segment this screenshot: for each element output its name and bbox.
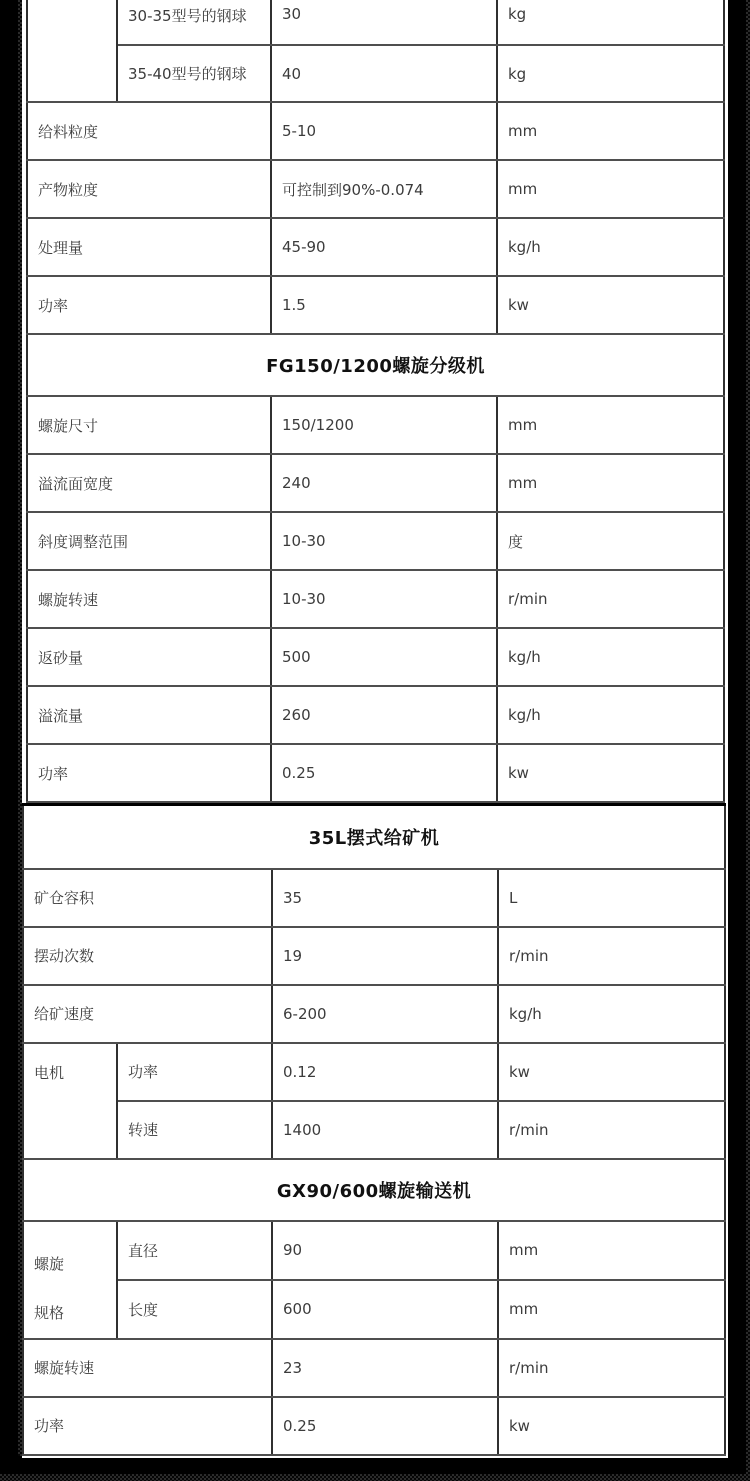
spec-row-label: 功率 xyxy=(23,1397,272,1455)
spec-row-value: 90 xyxy=(272,1221,498,1280)
spec-row-value: 6-200 xyxy=(272,985,498,1043)
spec-row-unit: L xyxy=(498,869,725,927)
table-row: 产物粒度 可控制到90%-0.074 mm xyxy=(27,160,724,218)
spec-row-label: 返砂量 xyxy=(27,628,271,686)
spec-row-unit: kg xyxy=(497,0,724,45)
spec-row-label: 给料粒度 xyxy=(27,102,271,160)
spec-row-value: 150/1200 xyxy=(271,396,497,454)
spec-row-unit: mm xyxy=(498,1221,725,1280)
section-header-row: FG150/1200螺旋分级机 xyxy=(27,334,724,396)
section-header-row: 35L摆式给矿机 xyxy=(23,805,725,869)
spec-sheet-page: 30-35型号的钢球 30 kg 35-40型号的钢球 40 kg 给料粒度 5… xyxy=(22,0,728,1458)
spec-row-unit: kg xyxy=(497,45,724,102)
spec-row-unit: mm xyxy=(497,160,724,218)
spec-row-value: 1.5 xyxy=(271,276,497,334)
table-row: 电机 功率 0.12 kw xyxy=(23,1043,725,1101)
spec-row-unit: r/min xyxy=(497,570,724,628)
spec-row-label: 功率 xyxy=(27,744,271,802)
spec-row-unit: mm xyxy=(497,454,724,512)
spiral-spec-group-label: 螺旋规格 xyxy=(23,1221,117,1339)
spec-row-label: 溢流面宽度 xyxy=(27,454,271,512)
table-row: 摆动次数 19 r/min xyxy=(23,927,725,985)
table-row: 溢流面宽度 240 mm xyxy=(27,454,724,512)
table-row: 转速 1400 r/min xyxy=(23,1101,725,1159)
table-row: 30-35型号的钢球 30 kg xyxy=(27,0,724,45)
spec-row-unit: r/min xyxy=(498,1101,725,1159)
spec-row-label: 螺旋尺寸 xyxy=(27,396,271,454)
spec-row-unit: kg/h xyxy=(497,218,724,276)
table-row: 返砂量 500 kg/h xyxy=(27,628,724,686)
ball-mill-and-classifier-table: 30-35型号的钢球 30 kg 35-40型号的钢球 40 kg 给料粒度 5… xyxy=(26,0,725,803)
spec-row-label: 溢流量 xyxy=(27,686,271,744)
table-row: 功率 0.25 kw xyxy=(27,744,724,802)
feeder-and-conveyor-table: 35L摆式给矿机 矿仓容积 35 L 摆动次数 19 r/min 给矿速度 6-… xyxy=(22,803,726,1456)
spec-row-value: 23 xyxy=(272,1339,498,1397)
spec-row-value: 0.12 xyxy=(272,1043,498,1101)
spec-row-unit: kw xyxy=(498,1043,725,1101)
spec-row-unit: r/min xyxy=(498,1339,725,1397)
spec-row-unit: kw xyxy=(497,276,724,334)
spec-row-value: 35 xyxy=(272,869,498,927)
spec-row-label: 斜度调整范围 xyxy=(27,512,271,570)
ball-group-cell xyxy=(27,0,117,102)
table-row: 给矿速度 6-200 kg/h xyxy=(23,985,725,1043)
spec-row-value: 10-30 xyxy=(271,512,497,570)
spec-row-label: 30-35型号的钢球 xyxy=(117,0,271,45)
background-frame-right xyxy=(728,0,746,1474)
spec-row-sublabel: 转速 xyxy=(117,1101,272,1159)
table-row: 长度 600 mm xyxy=(23,1280,725,1339)
table-row: 35-40型号的钢球 40 kg xyxy=(27,45,724,102)
spec-row-unit: kw xyxy=(497,744,724,802)
conveyor-section-title: GX90/600螺旋输送机 xyxy=(23,1159,725,1221)
spec-row-value: 500 xyxy=(271,628,497,686)
spec-row-value: 0.25 xyxy=(272,1397,498,1455)
spec-row-value: 19 xyxy=(272,927,498,985)
spec-row-value: 可控制到90%-0.074 xyxy=(271,160,497,218)
spec-row-unit: r/min xyxy=(498,927,725,985)
background-frame-bottom xyxy=(0,1456,746,1474)
motor-group-label: 电机 xyxy=(23,1043,117,1159)
spec-row-unit: kg/h xyxy=(497,686,724,744)
table-row: 螺旋规格 直径 90 mm xyxy=(23,1221,725,1280)
spec-row-unit: mm xyxy=(497,102,724,160)
table-row: 功率 1.5 kw xyxy=(27,276,724,334)
spec-row-unit: kw xyxy=(498,1397,725,1455)
spec-row-value: 240 xyxy=(271,454,497,512)
table-row: 斜度调整范围 10-30 度 xyxy=(27,512,724,570)
table-row: 功率 0.25 kw xyxy=(23,1397,725,1455)
spec-row-value: 10-30 xyxy=(271,570,497,628)
table-row: 给料粒度 5-10 mm xyxy=(27,102,724,160)
spec-row-unit: kg/h xyxy=(497,628,724,686)
spec-row-unit: mm xyxy=(497,396,724,454)
table-row: 螺旋转速 10-30 r/min xyxy=(27,570,724,628)
spec-row-label: 产物粒度 xyxy=(27,160,271,218)
spec-row-label: 35-40型号的钢球 xyxy=(117,45,271,102)
table-row: 矿仓容积 35 L xyxy=(23,869,725,927)
spec-row-value: 600 xyxy=(272,1280,498,1339)
spec-row-value: 5-10 xyxy=(271,102,497,160)
spiral-spec-group-label-text: 螺旋规格 xyxy=(34,1240,70,1338)
table-row: 螺旋转速 23 r/min xyxy=(23,1339,725,1397)
spec-row-value: 1400 xyxy=(272,1101,498,1159)
spec-row-label: 处理量 xyxy=(27,218,271,276)
spec-row-unit: 度 xyxy=(497,512,724,570)
spec-row-sublabel: 功率 xyxy=(117,1043,272,1101)
spec-row-sublabel: 直径 xyxy=(117,1221,272,1280)
spec-row-unit: kg/h xyxy=(498,985,725,1043)
spec-row-value: 40 xyxy=(271,45,497,102)
spec-row-label: 螺旋转速 xyxy=(23,1339,272,1397)
classifier-section-title: FG150/1200螺旋分级机 xyxy=(27,334,724,396)
spec-row-label: 功率 xyxy=(27,276,271,334)
table-row: 处理量 45-90 kg/h xyxy=(27,218,724,276)
spec-row-value: 260 xyxy=(271,686,497,744)
spec-row-label: 螺旋转速 xyxy=(27,570,271,628)
background-frame-left xyxy=(0,0,18,1474)
spec-row-value: 0.25 xyxy=(271,744,497,802)
spec-row-label: 矿仓容积 xyxy=(23,869,272,927)
table-row: 溢流量 260 kg/h xyxy=(27,686,724,744)
spec-row-value: 30 xyxy=(271,0,497,45)
section-header-row: GX90/600螺旋输送机 xyxy=(23,1159,725,1221)
spec-row-value: 45-90 xyxy=(271,218,497,276)
feeder-section-title: 35L摆式给矿机 xyxy=(23,805,725,869)
spec-row-label: 给矿速度 xyxy=(23,985,272,1043)
spec-row-label: 摆动次数 xyxy=(23,927,272,985)
table-row: 螺旋尺寸 150/1200 mm xyxy=(27,396,724,454)
spec-row-sublabel: 长度 xyxy=(117,1280,272,1339)
spec-row-unit: mm xyxy=(498,1280,725,1339)
